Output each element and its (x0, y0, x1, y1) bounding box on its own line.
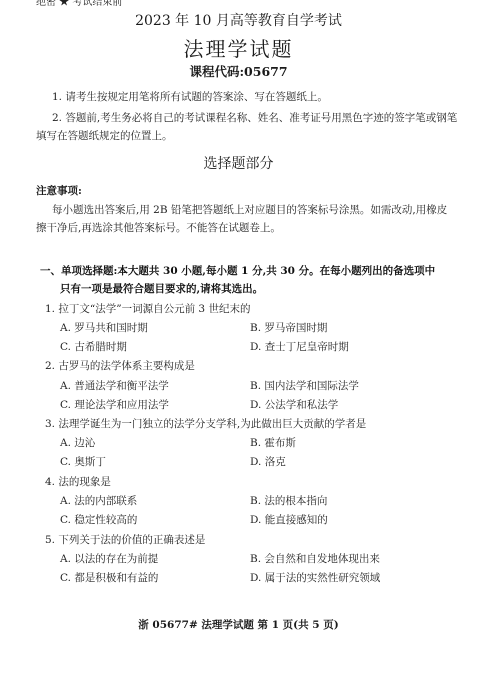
subject-title: 法理学试题 (0, 33, 477, 62)
question-2-option-a: A. 普通法学和衡平法学 (60, 378, 169, 393)
question-5-option-c: C. 都是积极和有益的 (60, 570, 158, 585)
question-4-option-c: C. 稳定性较高的 (60, 512, 137, 527)
question-1-option-a: A. 罗马共和国时期 (60, 320, 148, 335)
question-3-option-b: B. 霍布斯 (250, 435, 296, 450)
notice-line-1: 每小题选出答案后,用 2B 铅笔把答题纸上对应题目的答案标号涂黑。如需改动,用橡… (52, 202, 447, 217)
notice-label: 注意事项: (36, 183, 82, 198)
question-5-stem: 5. 下列关于法的价值的正确表述是 (45, 532, 205, 547)
question-2-stem: 2. 古罗马的法学体系主要构成是 (45, 358, 195, 373)
question-3-option-d: D. 洛克 (250, 454, 286, 469)
question-1-option-d: D. 查士丁尼皇帝时期 (250, 339, 349, 354)
question-4-option-d: D. 能直接感知的 (250, 512, 328, 527)
confidential-mark: 绝密 ★ 考试结束前 (36, 0, 122, 8)
question-1-option-b: B. 罗马帝国时期 (250, 320, 327, 335)
question-3-option-a: A. 边沁 (60, 435, 95, 450)
instruction-2-cont: 填写在答题纸规定的位置上。 (36, 128, 173, 143)
page-footer: 浙 05677# 法理学试题 第 1 页(共 5 页) (0, 617, 477, 632)
notice-line-2: 擦干净后,再选涂其他答案标号。不能答在试题卷上。 (36, 220, 281, 235)
question-1-option-c: C. 古希腊时期 (60, 339, 127, 354)
question-4-option-a: A. 法的内部联系 (60, 493, 137, 508)
question-4-option-b: B. 法的根本指向 (250, 493, 327, 508)
course-code: 课程代码:05677 (0, 62, 477, 80)
exam-title: 2023 年 10 月高等教育自学考试 (0, 10, 477, 30)
question-5-option-d: D. 属于法的实然性研究领域 (250, 570, 380, 585)
instruction-1: 1. 请考生按规定用笔将所有试题的答案涂、写在答题纸上。 (52, 89, 328, 104)
question-4-stem: 4. 法的现象是 (45, 474, 111, 489)
question-3-stem: 3. 法理学诞生为一门独立的法学分支学科,为此做出巨大贡献的学者是 (45, 416, 366, 431)
question-2-option-d: D. 公法学和私法学 (250, 397, 338, 412)
question-5-option-b: B. 会自然和自发地体现出来 (250, 551, 380, 566)
question-1-stem: 1. 拉丁文“法学”一词源自公元前 3 世纪末的 (45, 301, 250, 316)
question-5-option-a: A. 以法的存在为前提 (60, 551, 158, 566)
question-2-option-b: B. 国内法学和国际法学 (250, 378, 359, 393)
part-one-title: 一、单项选择题:本大题共 30 小题,每小题 1 分,共 30 分。在每小题列出… (40, 263, 435, 278)
question-2-option-c: C. 理论法学和应用法学 (60, 397, 169, 412)
instruction-2: 2. 答题前,考生务必将自己的考试课程名称、姓名、准考证号用黑色字迹的签字笔或钢… (52, 110, 457, 125)
section-title: 选择题部分 (0, 153, 477, 173)
question-3-option-c: C. 奥斯丁 (60, 454, 106, 469)
part-one-title-cont: 只有一项是最符合题目要求的,请将其选出。 (60, 281, 263, 296)
